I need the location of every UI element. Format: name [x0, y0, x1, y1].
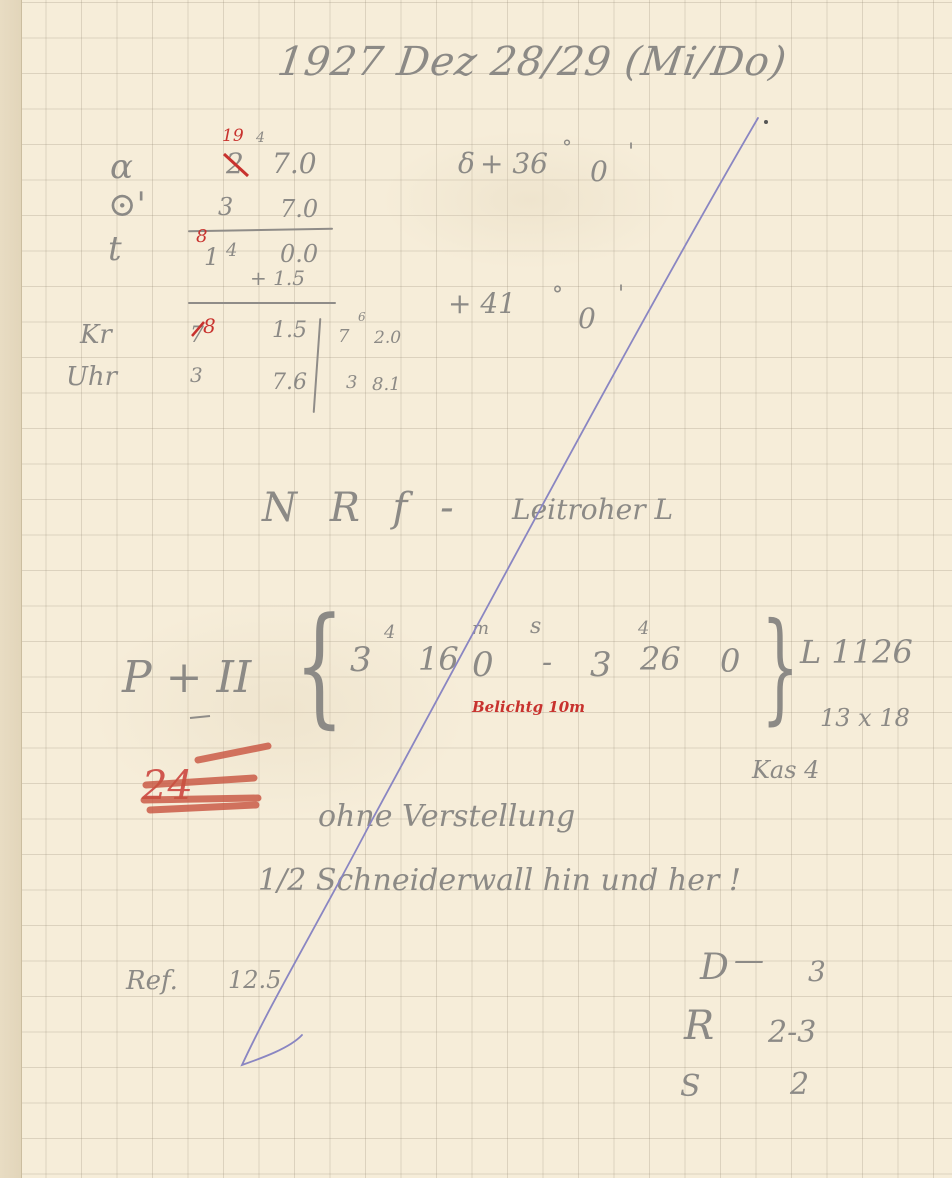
strike-alpha [224, 154, 248, 176]
blue-diagonal-line [242, 118, 758, 1065]
red-scribble [144, 746, 268, 810]
ink-dot [764, 120, 768, 124]
pen-strokes [0, 0, 952, 1178]
strike-kr [192, 322, 204, 336]
ii-underline [190, 716, 210, 718]
